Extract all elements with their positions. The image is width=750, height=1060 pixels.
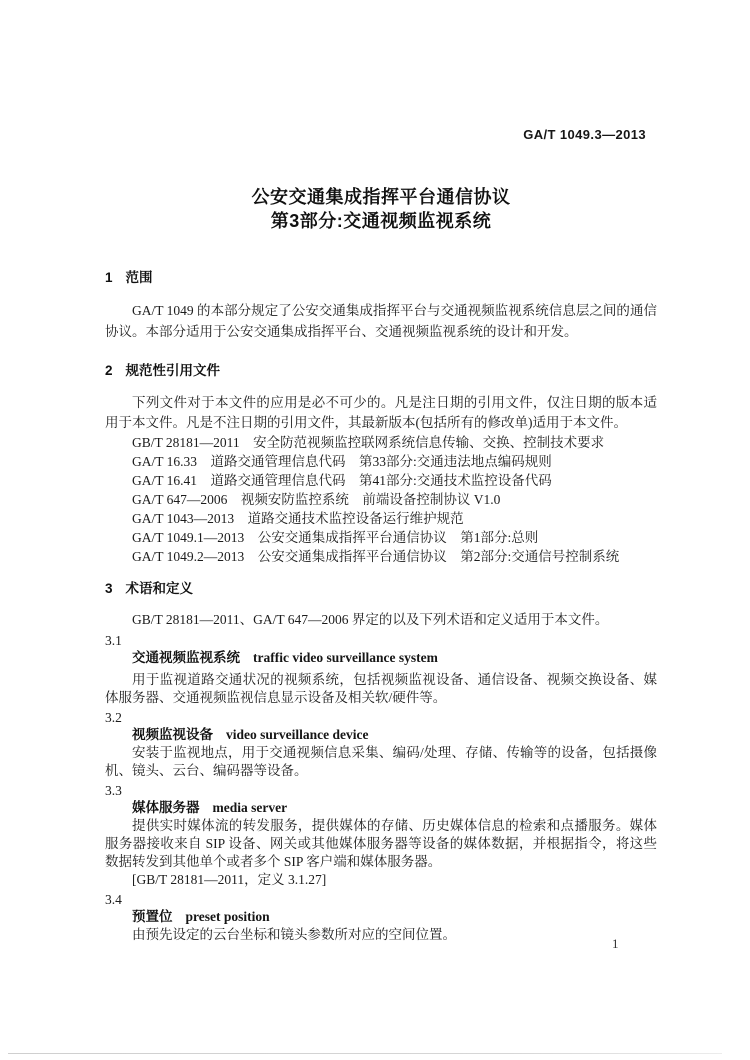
section-title: 术语和定义 — [126, 581, 194, 596]
reference-item: GA/T 16.33 道路交通管理信息代码 第33部分:交通违法地点编码规则 — [132, 452, 657, 471]
term-heading: 交通视频监视系统traffic video surveillance syste… — [132, 649, 657, 667]
term-en: preset position — [186, 909, 270, 924]
doc-title-line1: 公安交通集成指挥平台通信协议 — [105, 185, 657, 209]
term-number: 3.1 — [105, 632, 657, 649]
section-title: 范围 — [126, 270, 153, 285]
term-block-3-1: 3.1 交通视频监视系统traffic video surveillance s… — [105, 632, 657, 707]
doc-title-line2: 第3部分:交通视频监视系统 — [105, 209, 657, 233]
term-definition: 提供实时媒体流的转发服务，提供媒体的存储、历史媒体信息的检索和点播服务。媒体服务… — [105, 817, 657, 871]
page-number: 1 — [612, 936, 619, 952]
term-heading: 视频监视设备video surveillance device — [132, 726, 657, 744]
term-heading: 媒体服务器media server — [132, 799, 657, 817]
reference-item: GA/T 647—2006 视频安防监控系统 前端设备控制协议 V1.0 — [132, 490, 657, 509]
reference-item: GA/T 1043—2013 道路交通技术监控设备运行维护规范 — [132, 509, 657, 528]
term-definition: 安装于监视地点，用于交通视频信息采集、编码/处理、存储、传输等的设备，包括摄像机… — [105, 744, 657, 780]
term-block-3-4: 3.4 预置位preset position 由预先设定的云台坐标和镜头参数所对… — [105, 891, 657, 944]
section-title: 规范性引用文件 — [126, 363, 221, 378]
term-number: 3.2 — [105, 709, 657, 726]
term-heading: 预置位preset position — [132, 908, 657, 926]
document-page: GA/T 1049.3—2013 公安交通集成指挥平台通信协议 第3部分:交通视… — [0, 0, 750, 1060]
term-definition: 用于监视道路交通状况的视频系统，包括视频监视设备、通信设备、视频交换设备、媒体服… — [105, 671, 657, 707]
page-content: GA/T 1049.3—2013 公安交通集成指挥平台通信协议 第3部分:交通视… — [0, 0, 750, 944]
doc-number: GA/T 1049.3—2013 — [105, 128, 657, 142]
term-zh: 视频监视设备 — [132, 727, 213, 742]
references-list: GB/T 28181—2011 安全防范视频监控联网系统信息传输、交换、控制技术… — [105, 433, 657, 566]
doc-title: 公安交通集成指挥平台通信协议 第3部分:交通视频监视系统 — [105, 185, 657, 233]
section-number: 1 — [105, 269, 113, 287]
term-number: 3.4 — [105, 891, 657, 908]
term-en: video surveillance device — [226, 727, 368, 742]
term-en: media server — [213, 800, 288, 815]
term-zh: 预置位 — [132, 909, 173, 924]
terms-intro: GB/T 28181—2011、GA/T 647—2006 界定的以及下列术语和… — [105, 610, 657, 630]
references-intro: 下列文件对于本文件的应用是必不可少的。凡是注日期的引用文件，仅注日期的版本适用于… — [105, 393, 657, 433]
reference-item: GA/T 1049.1—2013 公安交通集成指挥平台通信协议 第1部分:总则 — [132, 528, 657, 547]
term-definition: 由预先设定的云台坐标和镜头参数所对应的空间位置。 — [105, 926, 657, 944]
term-en: traffic video surveillance system — [253, 650, 438, 665]
section-number: 2 — [105, 362, 113, 380]
term-block-3-2: 3.2 视频监视设备video surveillance device 安装于监… — [105, 709, 657, 780]
scan-edge-line — [8, 1053, 722, 1054]
term-block-3-3: 3.3 媒体服务器media server 提供实时媒体流的转发服务，提供媒体的… — [105, 782, 657, 889]
term-zh: 媒体服务器 — [132, 800, 200, 815]
reference-item: GA/T 1049.2—2013 公安交通集成指挥平台通信协议 第2部分:交通信… — [132, 547, 657, 566]
section-heading-scope: 1范围 — [105, 269, 657, 287]
section-number: 3 — [105, 580, 113, 598]
reference-item: GB/T 28181—2011 安全防范视频监控联网系统信息传输、交换、控制技术… — [132, 433, 657, 452]
section-heading-references: 2规范性引用文件 — [105, 362, 657, 380]
section-heading-terms: 3术语和定义 — [105, 580, 657, 598]
scope-paragraph: GA/T 1049 的本部分规定了公安交通集成指挥平台与交通视频监视系统信息层之… — [105, 300, 657, 342]
term-citation: [GB/T 28181—2011，定义 3.1.27] — [132, 871, 657, 889]
term-zh: 交通视频监视系统 — [132, 650, 240, 665]
reference-item: GA/T 16.41 道路交通管理信息代码 第41部分:交通技术监控设备代码 — [132, 471, 657, 490]
term-number: 3.3 — [105, 782, 657, 799]
